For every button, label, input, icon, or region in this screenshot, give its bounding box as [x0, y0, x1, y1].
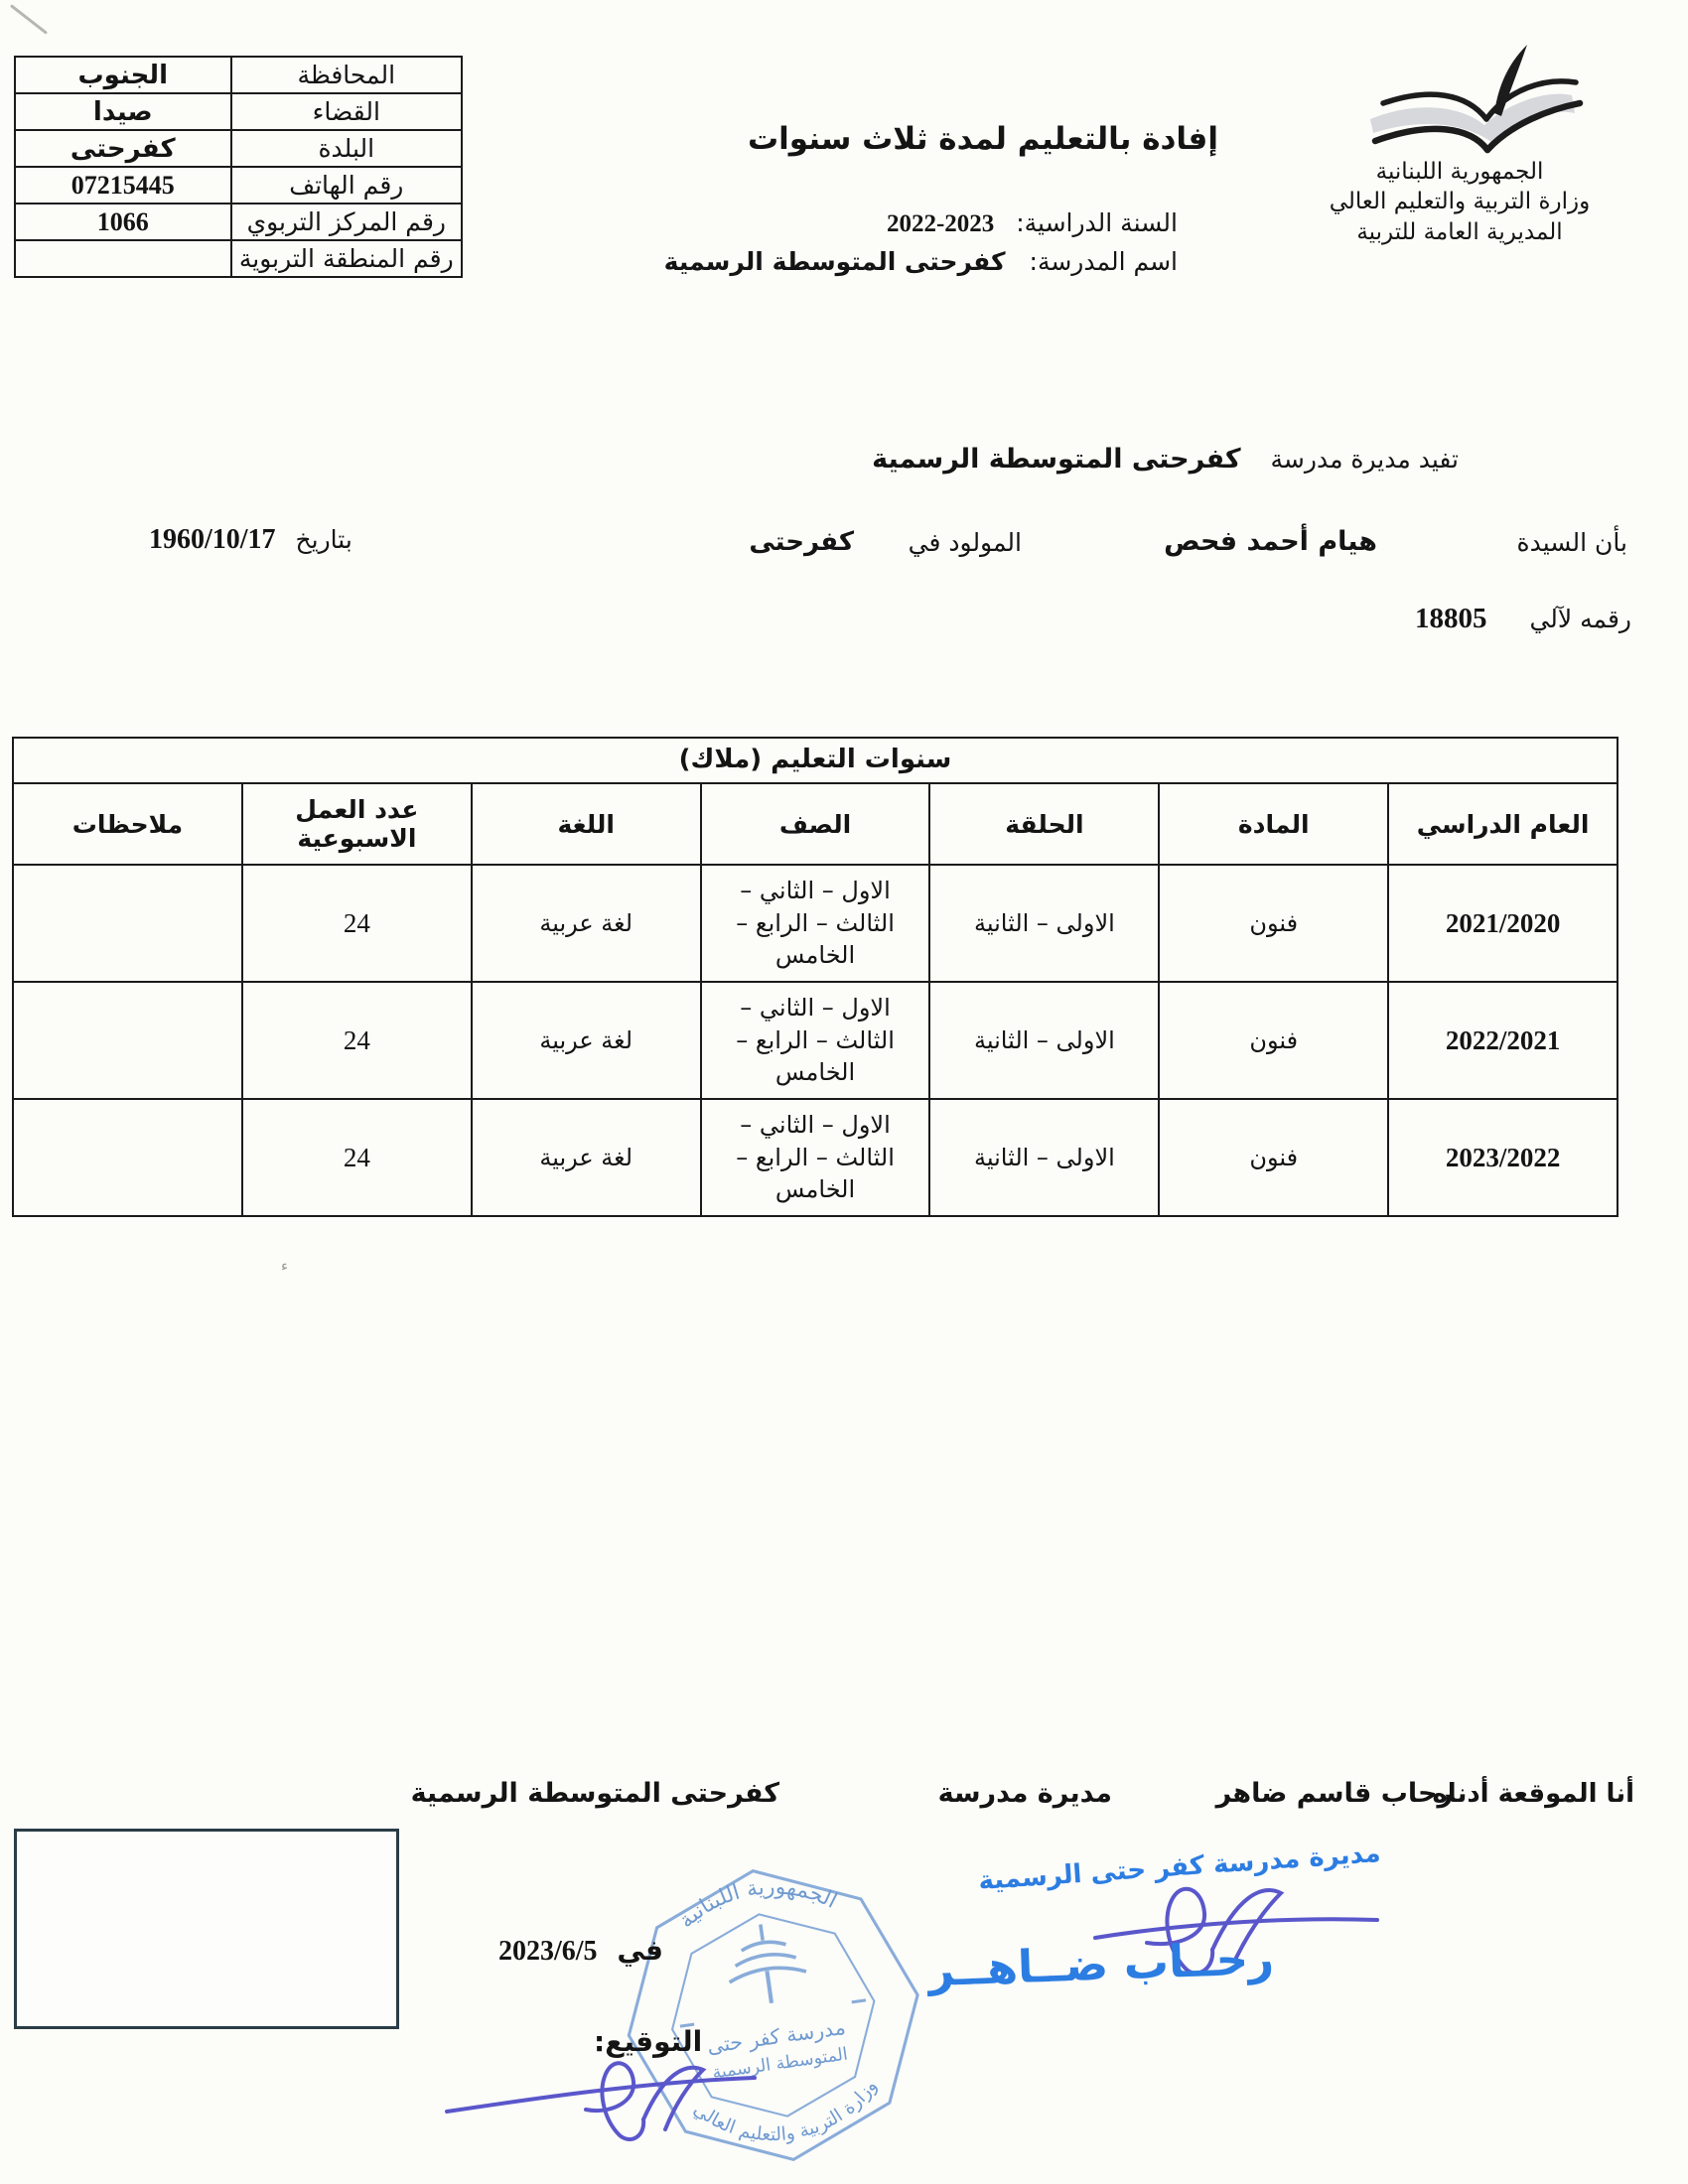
cell-language: لغة عربية	[472, 865, 701, 982]
born-label: المولود في	[909, 528, 1022, 557]
year-school-block: السنة الدراسية: 2023-2022 اسم المدرسة: ك…	[616, 205, 1178, 280]
birth-date-label: بتاريخ	[296, 525, 352, 554]
governorate-label: المحافظة	[231, 57, 462, 93]
intro-label: تفيد مديرة مدرسة	[1271, 445, 1459, 474]
serial-group: رقمه لآلي 18805	[1415, 603, 1631, 635]
table-row: 2023/2022 فنون الاولى – الثانية الاول – …	[13, 1099, 1618, 1216]
school-year-value: 2023-2022	[887, 210, 994, 237]
cell-language: لغة عربية	[472, 982, 701, 1099]
table-row: القضاء صيدا	[15, 93, 462, 130]
col-header-grade: الصف	[701, 783, 930, 865]
certificate-document: المحافظة الجنوب القضاء صيدا البلدة كفرحت…	[0, 0, 1688, 2184]
page-title: إفادة بالتعليم لمدة ثلاث سنوات	[685, 121, 1281, 157]
school-year-line: السنة الدراسية: 2023-2022	[616, 205, 1178, 243]
svg-text:الجمهورية اللبنانية: الجمهورية اللبنانية	[670, 1864, 844, 1935]
district-value: صيدا	[15, 93, 231, 130]
cell-year: 2021/2020	[1388, 865, 1618, 982]
cell-hours: 24	[242, 865, 472, 982]
pen-smudge: ء	[281, 1257, 288, 1275]
signature-stroke-icon	[437, 2040, 765, 2149]
table-row: 2022/2021 فنون الاولى – الثانية الاول – …	[13, 982, 1618, 1099]
col-header-hours: عدد العمل الاسبوعية	[242, 783, 472, 865]
person-name: هيام أحمد فحص	[1164, 526, 1377, 557]
date-value: 2023/6/5	[498, 1936, 598, 1967]
birth-date-group: بتاريخ 1960/10/17	[149, 524, 352, 556]
signer-role: مديرة مدرسة	[938, 1778, 1112, 1809]
school-year-label: السنة الدراسية:	[1016, 208, 1178, 237]
town-value: كفرحتى	[15, 130, 231, 167]
empty-stamp-box	[14, 1829, 399, 2029]
cell-subject: فنون	[1159, 982, 1388, 1099]
statement-intro: تفيد مديرة مدرسة كفرحتى المتوسطة الرسمية	[872, 444, 1459, 475]
cell-notes	[13, 865, 242, 982]
col-header-subject: المادة	[1159, 783, 1388, 865]
open-book-icon	[1345, 30, 1584, 159]
location-info-table: المحافظة الجنوب القضاء صيدا البلدة كفرحت…	[14, 56, 463, 278]
republic-line: الجمهورية اللبنانية	[1296, 157, 1623, 187]
table-row: رقم المركز التربوي 1066	[15, 204, 462, 240]
cell-grades: الاول – الثاني – الثالث – الرابع – الخام…	[701, 865, 930, 982]
table-row: 2021/2020 فنون الاولى – الثانية الاول – …	[13, 865, 1618, 982]
cell-language: لغة عربية	[472, 1099, 701, 1216]
ministry-logo	[1345, 30, 1584, 163]
cell-subject: فنون	[1159, 1099, 1388, 1216]
table-title: سنوات التعليم (ملاك)	[13, 738, 1618, 783]
school-name-label: اسم المدرسة:	[1030, 247, 1178, 276]
date-label: في	[617, 1934, 663, 1967]
center-number-value: 1066	[15, 204, 231, 240]
region-number-value	[15, 240, 231, 277]
intro-school-name: كفرحتى المتوسطة الرسمية	[872, 444, 1240, 475]
serial-value: 18805	[1415, 603, 1487, 634]
ministry-block: الجمهورية اللبنانية وزارة التربية والتعل…	[1296, 157, 1623, 247]
col-header-year: العام الدراسي	[1388, 783, 1618, 865]
directorate-line: المديرية العامة للتربية	[1296, 217, 1623, 247]
district-label: القضاء	[231, 93, 462, 130]
scan-artifact	[10, 4, 48, 35]
stamp-name-text: رحــاب ضــاهــر	[927, 1932, 1275, 1996]
table-row: رقم المنطقة التربوية	[15, 240, 462, 277]
table-title-row: سنوات التعليم (ملاك)	[13, 738, 1618, 783]
ministry-line: وزارة التربية والتعليم العالي	[1296, 187, 1623, 216]
signing-date: في 2023/6/5	[498, 1934, 663, 1968]
phone-value: 07215445	[15, 167, 231, 204]
seal-top-text: الجمهورية اللبنانية	[670, 1864, 844, 1935]
signer-school: كفرحتى المتوسطة الرسمية	[411, 1778, 779, 1809]
col-header-notes: ملاحظات	[13, 783, 242, 865]
school-name-line: اسم المدرسة: كفرحتى المتوسطة الرسمية	[616, 243, 1178, 281]
region-number-label: رقم المنطقة التربوية	[231, 240, 462, 277]
signer-name: رحاب قاسم ضاهر	[1216, 1778, 1453, 1809]
cell-cycle: الاولى – الثانية	[929, 982, 1159, 1099]
col-header-language: اللغة	[472, 783, 701, 865]
governorate-value: الجنوب	[15, 57, 231, 93]
serial-label: رقمه لآلي	[1529, 605, 1631, 633]
cell-notes	[13, 982, 242, 1099]
cell-cycle: الاولى – الثانية	[929, 865, 1159, 982]
handwritten-signature-bottom	[437, 2040, 765, 2153]
cell-hours: 24	[242, 982, 472, 1099]
cell-year: 2023/2022	[1388, 1099, 1618, 1216]
town-label: البلدة	[231, 130, 462, 167]
birth-date-value: 1960/10/17	[149, 524, 276, 555]
school-name-value: كفرحتى المتوسطة الرسمية	[664, 247, 1006, 276]
cell-hours: 24	[242, 1099, 472, 1216]
phone-label: رقم الهاتف	[231, 167, 462, 204]
signer-intro: أنا الموقعة أدناه	[1432, 1779, 1634, 1809]
cell-cycle: الاولى – الثانية	[929, 1099, 1159, 1216]
cell-year: 2022/2021	[1388, 982, 1618, 1099]
center-number-label: رقم المركز التربوي	[231, 204, 462, 240]
col-header-cycle: الحلقة	[929, 783, 1159, 865]
person-label: بأن السيدة	[1516, 528, 1627, 557]
table-row: المحافظة الجنوب	[15, 57, 462, 93]
table-header-row: العام الدراسي المادة الحلقة الصف اللغة ع…	[13, 783, 1618, 865]
cell-notes	[13, 1099, 242, 1216]
table-row: رقم الهاتف 07215445	[15, 167, 462, 204]
table-row: البلدة كفرحتى	[15, 130, 462, 167]
teaching-years-table: سنوات التعليم (ملاك) العام الدراسي الماد…	[12, 737, 1618, 1217]
born-place: كفرحتى	[749, 527, 854, 557]
cell-grades: الاول – الثاني – الثالث – الرابع – الخام…	[701, 982, 930, 1099]
cell-subject: فنون	[1159, 865, 1388, 982]
cell-grades: الاول – الثاني – الثالث – الرابع – الخام…	[701, 1099, 930, 1216]
